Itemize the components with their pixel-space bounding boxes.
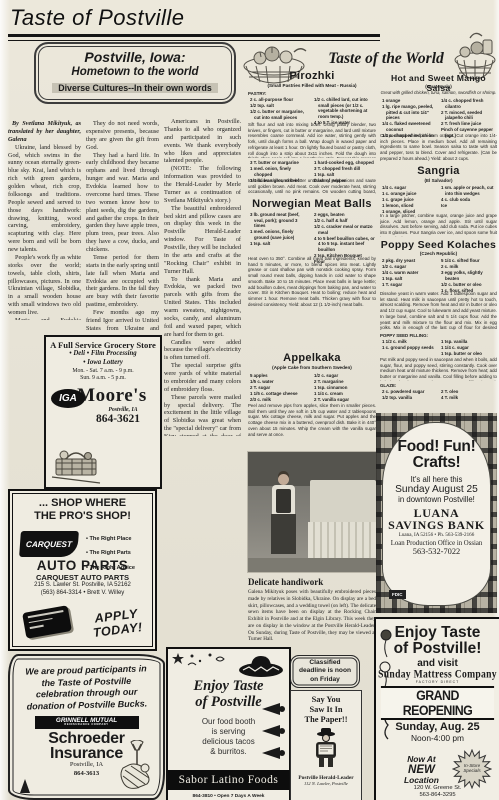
appelkaka-ing-left: 5 apples1/5 c. water2 T. sugar1 1/5 c. c… [250,373,308,403]
carquest-bullets: • The Right Place• The Right Parts• The … [86,529,152,578]
story-column-3: Americans in Postville. Thanks to all wh… [164,118,241,436]
pirozhki-title: Pirozhki [248,70,376,82]
sangria-ing-right: 1 sm. apple or peach, cut into thin wedg… [441,185,497,209]
kolaches-ing-right: 5 1/4 c. sifted flour2 c. milk3 egg yolk… [441,258,497,294]
credit-card-icon [22,605,72,639]
luana-bank-name-2: SAVINGS BANK [383,519,490,532]
schroeder-message: We are proud participants in the Taste o… [9,663,163,714]
fdic-logo: FDIC [389,590,406,599]
mattress-company-name: Sunday Mattress Company [376,668,499,681]
sabor-info: 864-3810 • Open 7 Days A Week [168,794,289,799]
iga-header: A Full Service Grocery Store [46,340,160,350]
mango-method: Cut peel and white pith from orange. Cut… [380,133,497,163]
kolaches-filling-right: 1 tsp. vanilla1 1/4 c. sugar1 tsp. butte… [441,339,497,357]
meatballs-title: Norwegian Meat Balls [248,198,376,210]
classified-text: Classified deadline is noon on Friday [291,659,359,684]
hometown-tagline: Diverse Cultures--In their own words [52,83,217,93]
iga-bullet-2: • Iowa Lottery [46,359,160,368]
sangria-origin: (El Salvador) [380,178,497,183]
photo-bed-linens [310,480,376,524]
carquest-ad: ... SHOP WHERE THE PRO'S SHOP! CARQUEST … [8,489,157,651]
instore-line2: Specials [463,768,480,773]
mattress-enjoy-2: of Postville! [376,641,499,657]
luana-t3: in downtown Postville! [383,495,490,504]
kolaches-glaze-left: 2 c. powdered sugar1/2 tsp. vanilla [382,389,437,401]
mattress-location: Location [404,775,439,785]
luana-t1: It's all here this [383,475,490,484]
luana-bank-ad: Food! Fun! Crafts! It's all here this Su… [376,413,497,613]
classified-deadline-badge: Classified deadline is noon on Friday [290,655,360,688]
sangria-ing-left: 1/4 c. sugar1 c. orange juice1 c. grape … [382,185,437,215]
mattress-now-at: Now At [407,754,436,764]
handiwork-photo [248,452,376,572]
pirozhki-method-2: In medium skillet, melt butter until foa… [248,178,376,195]
sawit-line3: The Paper!! [291,715,361,725]
carquest-logo: CARQUEST [19,531,79,557]
kolaches-title: Poppy Seed Kolaches [380,239,497,251]
pirozhki-origin: (Small Pastries Filled with Meat - Russi… [248,83,376,88]
oven-mitt-whisk-icon [117,740,155,792]
page-title: Taste of Postville [10,5,185,31]
carquest-apply: APPLY TODAY! [81,605,154,641]
newspaper-page: Taste of Postville Postville, Iowa: Home… [0,0,499,800]
kolaches-method: Dissolve yeast in warm water. Add 1 tabl… [380,291,497,331]
iga-hours-2: Sun. 9 a.m. - 5 p.m. [46,375,160,383]
confetti-stars-icon [170,651,230,673]
photo-floor [248,558,376,572]
kolaches-origin: (Czech Republic) [380,251,497,256]
kolaches-ing-left: 2 pkg. dry yeast1/2 c. sugar1/4 c. warm … [382,258,437,288]
mattress-date: Sunday, Aug. 25 [376,721,499,733]
newspaper-reader-icon [304,726,348,770]
luana-address: Luana, IA 52156 • Ph. 563-539-2166 [383,532,490,538]
caption-title: Delicate handiwork [248,577,323,587]
sabor-name-band: Sabor Latino Foods [168,770,289,790]
masthead-rule [8,34,380,41]
sawit-paper-address: 112 N. Lawler, Postville [291,781,361,787]
sawit-line1: Say You [291,695,361,705]
luana-loan-phone: 563-532-7022 [383,547,490,556]
mango-origin: (Guatemala) [380,84,497,89]
hometown-box: Postville, Iowa: Hometown to the world D… [34,42,236,104]
saw-it-ad: Say You Saw It In The Paper!! Postville … [290,690,362,800]
mango-note: Great with grilled chicken, tuna, salmon… [380,90,497,95]
moores-phone: 864-3621 [76,413,160,425]
mattress-and-visit: and visit [376,658,499,669]
appelkaka-origin: (Apple Cake from Southern Sweden) [248,365,376,370]
instore-specials-text: In-Store Specials [456,763,488,773]
mattress-enjoy-1: Enjoy Taste [376,625,499,641]
photo-person-vest [276,489,291,513]
grinnell-mutual-logo: GRINNELL MUTUAL REINSURANCE COMPANY [35,716,139,729]
sawit-line2: Saw It In [291,705,361,715]
grinnell-mutual-subtext: REINSURANCE COMPANY [64,724,108,727]
luana-ad-panel: Food! Fun! Crafts! It's all here this Su… [383,423,490,605]
kolaches-glaze-right: 2 T. oleo4 T. milk [441,389,497,401]
mattress-grand-reopening: GRAND REOPENING [381,686,494,720]
sabor-enjoy-1: Enjoy Taste [168,679,289,695]
trumpets-icon [260,701,286,765]
iga-bullet-1: • Deli • Film Processing [46,350,160,359]
picnic-basket-icon [48,445,104,485]
carquest-phone: (563) 864-3314 • Brett V. Willey [10,590,155,598]
iga-logo: IGA [51,389,85,408]
carquest-line1: ... SHOP WHERE [10,497,155,510]
kolaches-filling-label: POPPY SEED FILLING: [380,333,428,338]
pirozhki-method-1: Sift flour and salt into mixing bowl. Us… [248,122,376,158]
agent-logo-icon [18,778,32,794]
luana-loan-office: Loan Production Office in Ossian [383,540,490,547]
sangria-title: Sangria [380,165,497,177]
hometown-subtitle: Hometown to the world [36,66,234,78]
caption-text: Galena Mikityuk poses with beautifully e… [248,589,376,645]
schroeder-ad: We are proud participants in the Taste o… [8,654,165,800]
mattress-phone: 563-864-3295 [376,792,499,800]
luana-t2: Sunday August 25 [383,484,490,495]
iga-hours-1: Mon. - Sat. 7 a.m. - 9 p.m. [46,368,160,376]
photo-person-head [278,474,289,485]
appelkaka-title: Appelkaka [248,352,376,364]
iga-grocery-ad: A Full Service Grocery Store • Deli • Fi… [44,335,162,489]
photo-person-skirt [271,514,296,554]
carquest-address: 215 S. Lawler St. Postville, IA 52162 [10,582,155,590]
pirozhki-pastry-left: 2 c. all-purpose flour1/2 tsp. salt1/2 c… [250,97,308,121]
sabor-latino-ad: Enjoy Taste of Postville Our food booth … [166,647,291,800]
luana-crafts: Crafts! [383,455,490,471]
mattress-time: Noon-4:00 pm [376,733,499,743]
taste-world-title: Taste of the World [312,50,460,68]
carquest-line2: THE PRO'S SHOP! [10,510,155,523]
sombrero-icon [237,652,285,678]
mattress-new-location: Now At NEW Location [404,755,439,785]
appelkaka-method: Peel and remove pips from apples, slice … [248,403,376,447]
photo-bedskirt [308,522,376,558]
story-column-1: By Svetlana Mikityuk, as translated by h… [8,120,81,320]
meatballs-ing-left: 3 lb. ground meat (beef, veal, pork); gr… [250,212,308,247]
mattress-ad: Enjoy Taste of Postville! and visit Sund… [374,617,499,800]
kolaches-filling-left: 1 1/2 c. milk1 c. ground poppy seeds [382,339,437,351]
pirozhki-pastry-label: PASTRY: [248,91,266,96]
hometown-title: Postville, Iowa: [36,49,234,65]
story-column-2: They do not need words, expensive presen… [86,120,159,332]
luana-food-fun: Food! Fun! [383,439,490,455]
sangria-method: In a large pitcher, combine sugar, orang… [380,213,497,237]
appelkaka-ing-right: 1/2 c. sugar2 T. margarine1 tsp. cinnamo… [314,373,376,403]
kolaches-filling-method: Put milk and poppy seed in saucepan and … [380,357,497,381]
kolaches-glaze-label: GLAZE: [380,383,396,388]
meatballs-method: Heat oven to 350°. Combine all meat ball… [248,256,376,344]
